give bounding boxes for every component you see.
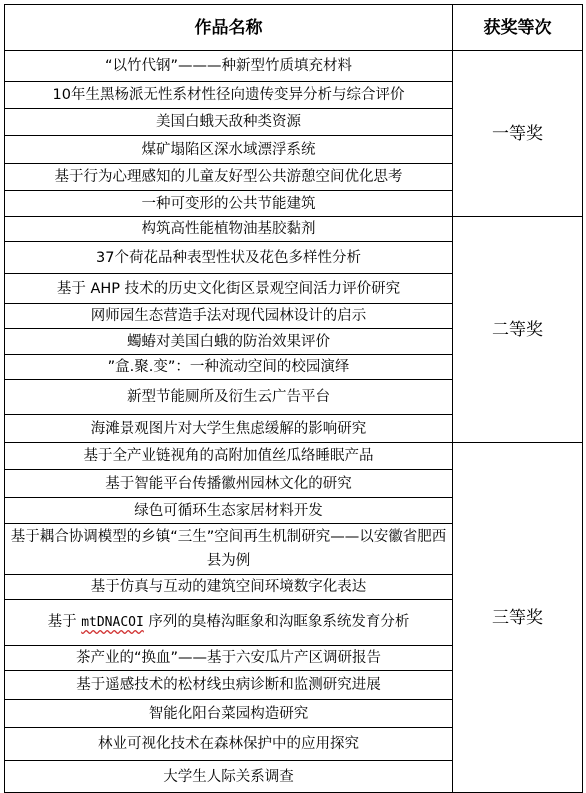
project-name: 煤矿塌陷区深水域漂浮系统 bbox=[5, 136, 453, 164]
header-award-level: 获奖等次 bbox=[453, 5, 583, 51]
awards-table: 作品名称 获奖等次 “以竹代钢”———种新型竹质填充材料 一等奖 10年生黑杨派… bbox=[4, 4, 583, 793]
project-name-suffix: 序列的臭椿沟眶象和沟眶象系统发育分析 bbox=[144, 614, 410, 630]
spellcheck-flagged-term: mtDNACOI bbox=[81, 615, 144, 630]
table-row: 构筑高性能植物油基胶黏剂 二等奖 bbox=[5, 217, 583, 242]
project-name: 基于仿真与互动的建筑空间环境数字化表达 bbox=[5, 575, 453, 600]
project-name: ”盒.聚.变”：一种流动空间的校园演绎 bbox=[5, 355, 453, 380]
project-name-prefix: 基于 bbox=[48, 614, 82, 630]
project-name: 37个荷花品种表型性状及花色多样性分析 bbox=[5, 242, 453, 274]
header-row: 作品名称 获奖等次 bbox=[5, 5, 583, 51]
project-name: “以竹代钢”———种新型竹质填充材料 bbox=[5, 51, 453, 82]
project-name: 绿色可循环生态家居材料开发 bbox=[5, 498, 453, 524]
project-name: 网师园生态营造手法对现代园林设计的启示 bbox=[5, 304, 453, 329]
project-name: 新型节能厕所及衍生云广告平台 bbox=[5, 380, 453, 415]
project-name: 智能化阳台菜园构造研究 bbox=[5, 700, 453, 728]
table-row: 基于全产业链视角的高附加值丝瓜络睡眠产品 三等奖 bbox=[5, 443, 583, 470]
award-level-third: 三等奖 bbox=[453, 443, 583, 793]
project-name: 一种可变形的公共节能建筑 bbox=[5, 191, 453, 217]
project-name: 基于行为心理感知的儿童友好型公共游憩空间优化思考 bbox=[5, 164, 453, 191]
project-name: 基于全产业链视角的高附加值丝瓜络睡眠产品 bbox=[5, 443, 453, 470]
project-name: 基于耦合协调模型的乡镇“三生”空间再生机制研究——以安徽省肥西县为例 bbox=[5, 524, 453, 575]
project-name: 构筑高性能植物油基胶黏剂 bbox=[5, 217, 453, 242]
award-level-first: 一等奖 bbox=[453, 51, 583, 217]
project-name: 美国白蛾天敌种类资源 bbox=[5, 109, 453, 136]
project-name: 海滩景观图片对大学生焦虑缓解的影响研究 bbox=[5, 415, 453, 443]
project-name: 基于遥感技术的松材线虫病诊断和监测研究进展 bbox=[5, 671, 453, 700]
award-level-second: 二等奖 bbox=[453, 217, 583, 443]
header-project-name: 作品名称 bbox=[5, 5, 453, 51]
project-name: 林业可视化技术在森林保护中的应用探究 bbox=[5, 728, 453, 761]
project-name: 基于智能平台传播徽州园林文化的研究 bbox=[5, 470, 453, 498]
project-name: 基于 AHP 技术的历史文化街区景观空间活力评价研究 bbox=[5, 274, 453, 304]
table-row: “以竹代钢”———种新型竹质填充材料 一等奖 bbox=[5, 51, 583, 82]
project-name: 大学生人际关系调查 bbox=[5, 761, 453, 793]
project-name: 基于 mtDNACOI 序列的臭椿沟眶象和沟眶象系统发育分析 bbox=[5, 600, 453, 646]
project-name: 茶产业的“换血”——基于六安瓜片产区调研报告 bbox=[5, 646, 453, 671]
project-name: 蠋蝽对美国白蛾的防治效果评价 bbox=[5, 329, 453, 355]
project-name: 10年生黑杨派无性系材性径向遗传变异分析与综合评价 bbox=[5, 82, 453, 109]
